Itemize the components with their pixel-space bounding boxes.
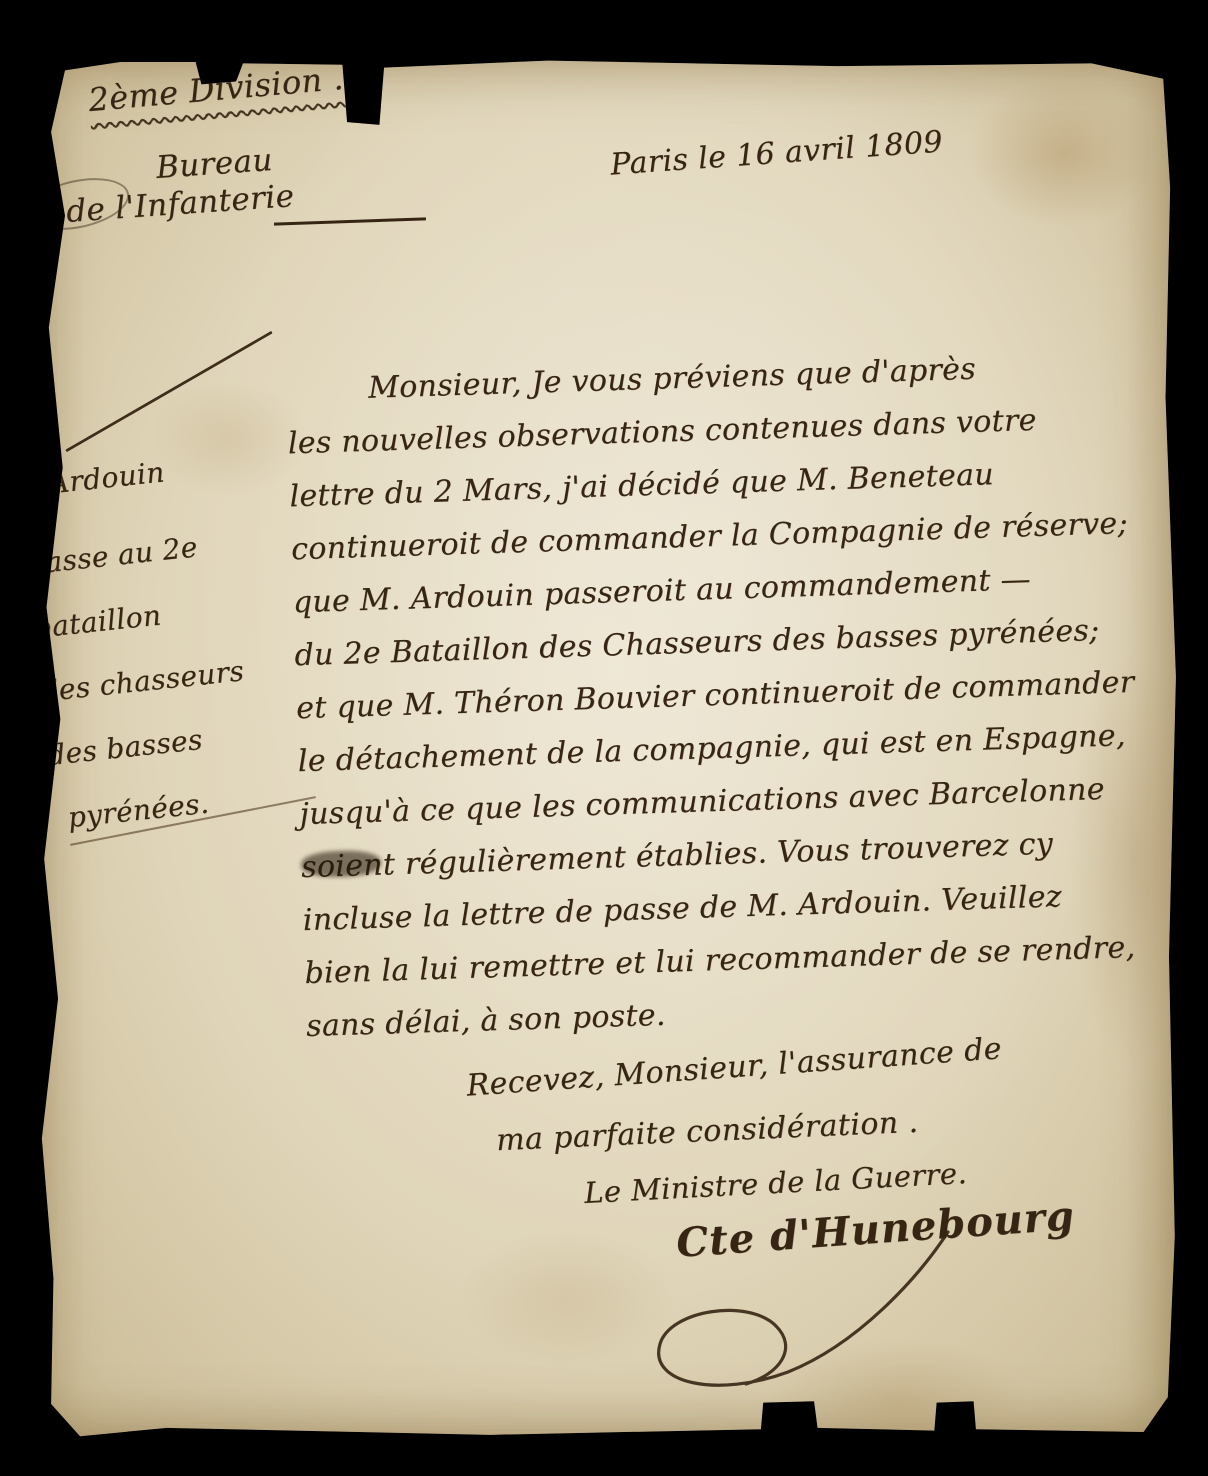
margin-slash-stroke — [65, 331, 273, 453]
margin-note: Ardouin passe au 2e bataillon des chasse… — [16, 434, 261, 851]
letter-page: 2ème Division . Bureau de l'Infanterie P… — [28, 48, 1184, 1446]
letter-body: Monsieur, Je vous préviens que d'après l… — [285, 336, 1208, 1053]
oval-pen-mark — [22, 170, 134, 239]
closing-line: ma parfaite considération . — [495, 1105, 919, 1158]
scanner-background: { "letter": { "header": { "division": "2… — [0, 0, 1208, 1476]
division-heading: 2ème Division . — [87, 59, 345, 119]
signature-title: Le Ministre de la Guerre. — [583, 1156, 967, 1210]
signature-flourish — [608, 1226, 968, 1396]
dateline: Paris le 16 avril 1809 — [609, 124, 944, 182]
paper-stain — [968, 78, 1158, 228]
infanterie-underline — [274, 217, 426, 225]
bureau-heading: Bureau — [155, 142, 274, 186]
